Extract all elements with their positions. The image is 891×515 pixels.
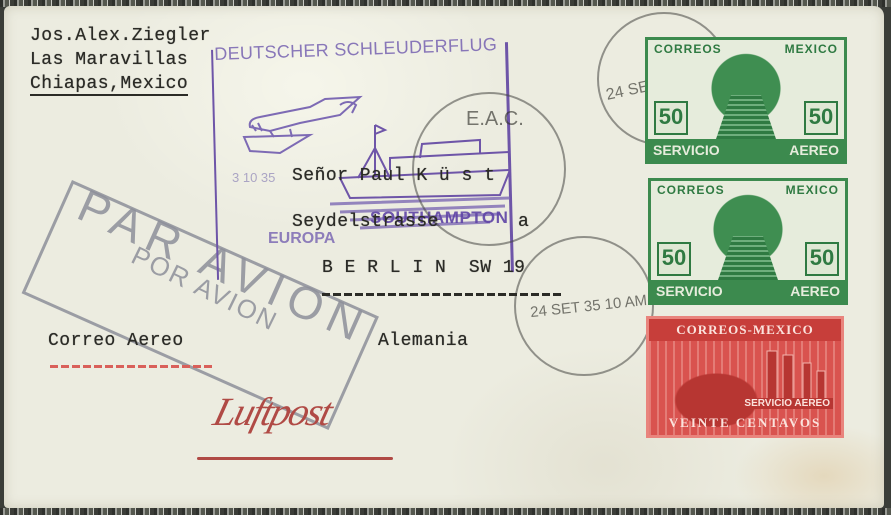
stamp-country-left: CORREOS — [654, 42, 722, 58]
recipient-street: Seydelstrasse — [292, 212, 439, 232]
service-label: Correo Aereo — [48, 331, 184, 351]
stamp-airmail-50c-bottom: CORREOSMEXICO 50 50 SERVICIOAEREO — [648, 178, 848, 305]
pyramid-icon — [716, 95, 776, 139]
stamp-band-left: SERVICIO — [656, 283, 723, 299]
service-label-underline — [50, 365, 212, 368]
stamp-value-right: 50 — [804, 101, 838, 135]
stamp-country-left: CORREOS — [657, 183, 725, 199]
stamp-band-right: AEREO — [789, 142, 839, 158]
stamp-band-left: SERVICIO — [653, 142, 720, 158]
stamp-value-text: VEINTE CENTAVOS — [649, 415, 841, 431]
sender-region: Chiapas,Mexico — [30, 74, 188, 96]
stamp-value-left: 50 — [657, 242, 691, 276]
stamp-airmail-50c-top: CORREOSMEXICO 50 50 SERVICIOAEREO — [645, 37, 847, 164]
stamp-airmail-20c-red: CORREOS-MEXICO SERVICIO AEREO VEINTE CEN… — [646, 316, 844, 438]
postmark-middle: 24 SET 35 10 AM — [514, 236, 654, 376]
stamp-value-right: 50 — [805, 242, 839, 276]
pyramid-icon — [718, 236, 778, 280]
catapult-cachet-date: 3 10 35 — [232, 170, 275, 185]
stamp-country-right: MEXICO — [786, 183, 839, 199]
handwritten-luftpost: Luftpost — [209, 388, 337, 435]
postmark-eac-text: E.A.C. — [466, 108, 524, 131]
handwritten-underline — [197, 457, 393, 460]
stamp-service-label: SERVICIO AEREO — [741, 398, 833, 409]
stamp-value-left: 50 — [654, 101, 688, 135]
recipient-name: Señor Paul K ü s t — [292, 166, 495, 186]
catapult-cachet-ship-name: EUROPA — [268, 230, 335, 248]
stamp-band-right: AEREO — [790, 283, 840, 299]
recipient-street-suffix: a — [518, 212, 529, 232]
cathedral-icon — [759, 345, 839, 405]
sender-locality: Las Maravillas — [30, 50, 188, 70]
stamp-title: CORREOS-MEXICO — [649, 322, 841, 338]
postmark-middle-date: 24 SET 35 10 AM — [529, 292, 647, 321]
stamp-country-right: MEXICO — [785, 42, 838, 58]
scan-edge-bottom — [0, 508, 891, 515]
city-underline — [322, 293, 562, 296]
recipient-country: Alemania — [378, 331, 468, 351]
sender-name: Jos.Alex.Ziegler — [30, 26, 211, 46]
recipient-city: B E R L I N SW 19 — [322, 258, 525, 278]
